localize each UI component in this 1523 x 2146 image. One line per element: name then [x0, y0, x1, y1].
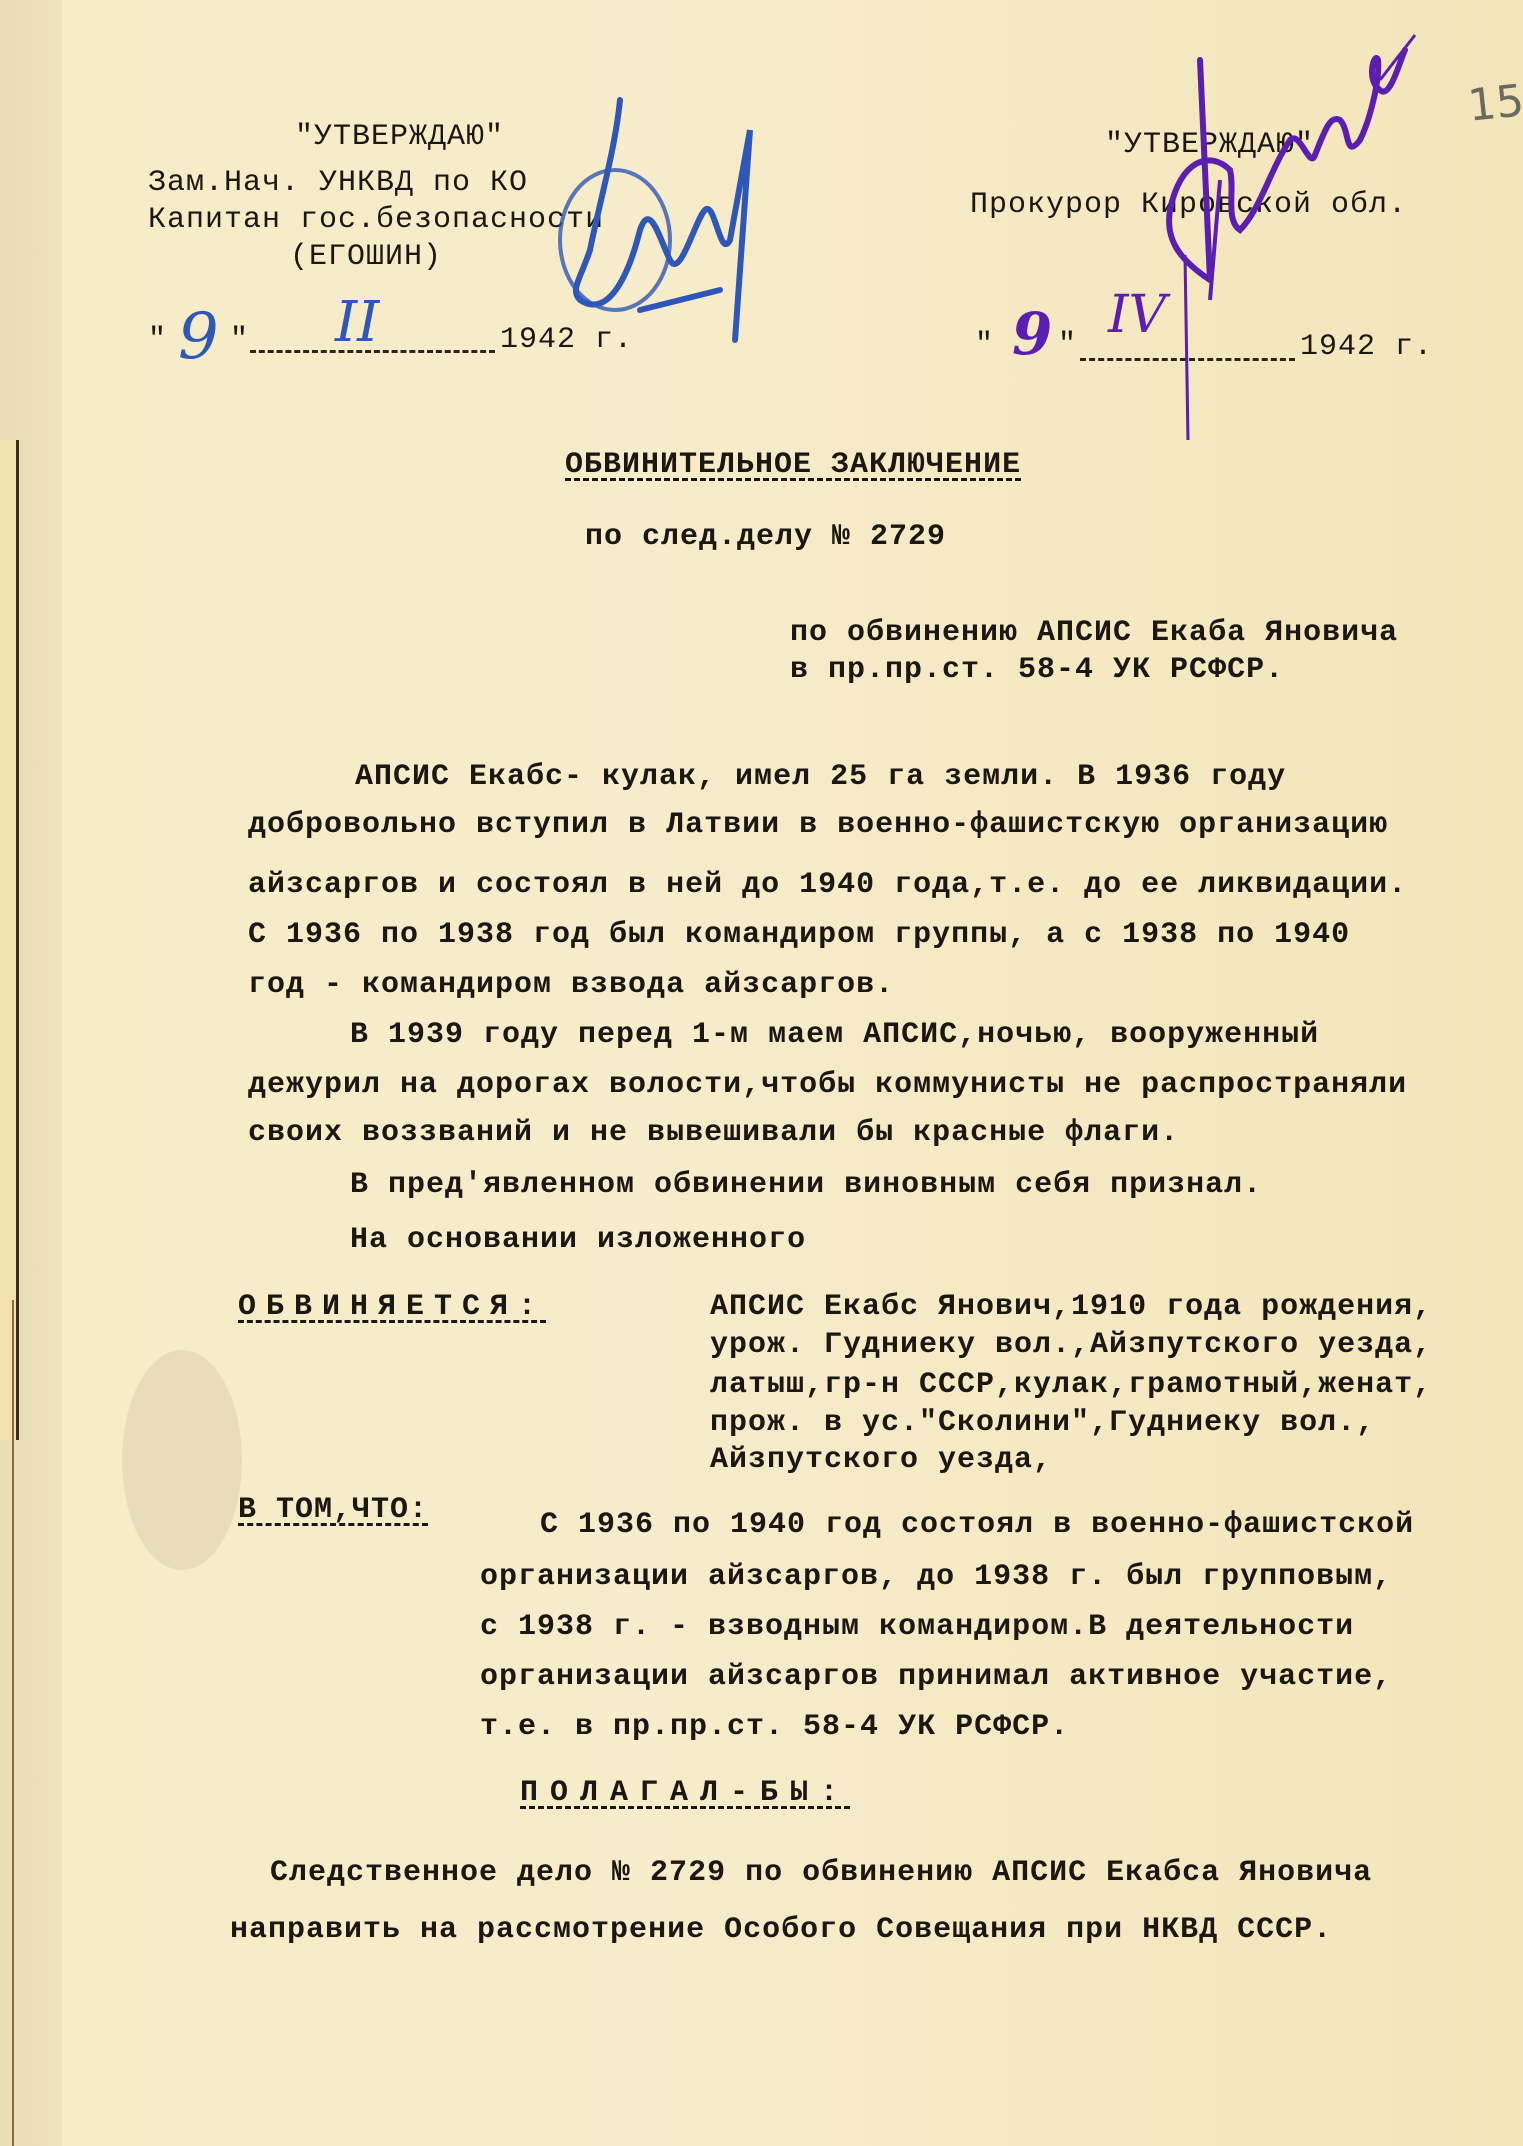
- body-line: В 1939 году перед 1-м маем АПСИС,ночью, …: [350, 1020, 1319, 1050]
- approval-left-name: (ЕГОШИН): [290, 242, 442, 272]
- accused-line: АПСИС Екабс Янович,1910 года рождения,: [710, 1292, 1432, 1322]
- body-line: На основании изложенного: [350, 1225, 806, 1255]
- resolution-line: Следственное дело № 2729 по обвинению АП…: [270, 1858, 1372, 1888]
- binding-edge: [12, 1300, 14, 2146]
- in-that-line: С 1936 по 1940 год состоял в военно-фаши…: [540, 1510, 1414, 1540]
- body-line: добровольно вступил в Латвии в военно-фа…: [248, 810, 1388, 840]
- accused-line: Айзпутского уезда,: [710, 1445, 1052, 1475]
- document-title: ОБВИНИТЕЛЬНОЕ ЗАКЛЮЧЕНИЕ: [565, 450, 1021, 480]
- charge-line-1: по обвинению АПСИС Екаба Яновича: [790, 618, 1398, 648]
- in-that-line: организации айзсаргов, до 1938 г. был гр…: [480, 1562, 1392, 1592]
- approval-right-quote: ": [975, 330, 994, 360]
- body-line: С 1936 по 1938 год был командиром группы…: [248, 920, 1350, 950]
- approval-left-quote: ": [148, 325, 167, 355]
- resolution-line: направить на рассмотрение Особого Совеща…: [230, 1915, 1332, 1945]
- in-that-line: с 1938 г. - взводным командиром.В деятел…: [480, 1612, 1354, 1642]
- approval-left-quote-close: ": [230, 325, 249, 355]
- approval-right-day: 9: [1012, 300, 1052, 368]
- in-that-line: организации айзсаргов принимал активное …: [480, 1662, 1392, 1692]
- approval-left-heading: "УТВЕРЖДАЮ": [295, 122, 504, 152]
- accused-label: ОБВИНЯЕТСЯ:: [238, 1292, 546, 1322]
- body-line: своих воззваний и не вывешивали бы красн…: [248, 1118, 1179, 1148]
- accused-line: латыш,гр-н СССР,кулак,грамотный,женат,: [710, 1370, 1432, 1400]
- page-number: 15: [1465, 75, 1523, 132]
- signature-left: [520, 90, 760, 350]
- charge-line-2: в пр.пр.ст. 58-4 УК РСФСР.: [790, 655, 1284, 685]
- case-number-line: по след.делу № 2729: [585, 522, 946, 552]
- accused-line: прож. в ус."Сколини",Гудниеку вол.,: [710, 1408, 1375, 1438]
- approval-left-month: II: [335, 290, 379, 355]
- resolution-label: ПОЛАГАЛ-БЫ:: [520, 1778, 850, 1808]
- approval-left-position: Зам.Нач. УНКВД по КО: [148, 168, 528, 198]
- underlying-sheet-edge: [0, 440, 19, 1440]
- in-that-label: В ТОМ,ЧТО:: [238, 1495, 428, 1525]
- body-line: айзсаргов и состоял в ней до 1940 года,т…: [248, 870, 1407, 900]
- body-line: АПСИС Екабс- кулак, имел 25 га земли. В …: [355, 762, 1286, 792]
- signature-right: [1060, 20, 1420, 440]
- paper-stain: [122, 1350, 242, 1570]
- in-that-line: т.е. в пр.пр.ст. 58-4 УК РСФСР.: [480, 1712, 1069, 1742]
- body-line: В пред'явленном обвинении виновным себя …: [350, 1170, 1262, 1200]
- approval-left-day: 9: [178, 300, 219, 374]
- body-line: дежурил на дорогах волости,чтобы коммуни…: [248, 1070, 1407, 1100]
- body-line: год - командиром взвода айзсаргов.: [248, 970, 894, 1000]
- accused-line: урож. Гудниеку вол.,Айзпутского уезда,: [710, 1330, 1432, 1360]
